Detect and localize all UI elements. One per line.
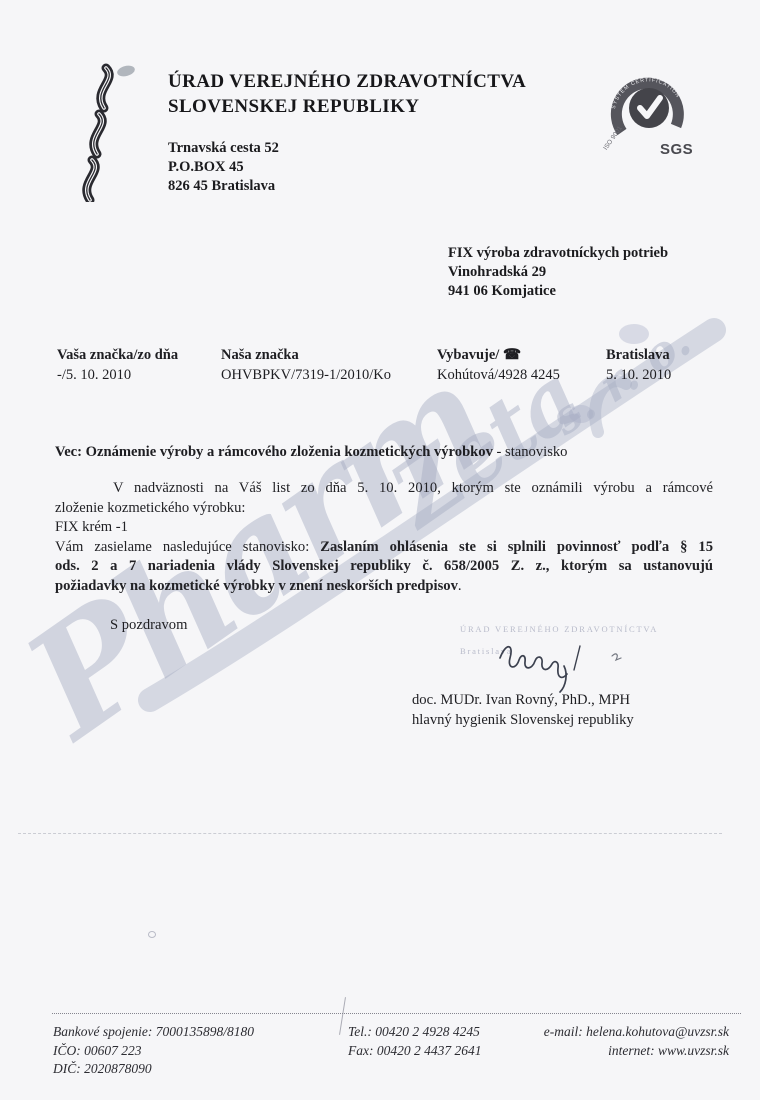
footer-tel: Tel.: 00420 2 4928 4245 — [348, 1023, 481, 1042]
recipient-line: FIX výroba zdravotníckych potrieb — [448, 244, 668, 263]
subject-bold: Vec: Oznámenie výroby a rámcového zložen… — [55, 444, 493, 460]
sgs-label: SGS — [660, 141, 693, 158]
footer-online-block: e-mail: helena.kohutova@uvzsr.sk interne… — [544, 1023, 729, 1060]
uvz-logo-icon — [76, 60, 142, 202]
ref-our-number: Naša značka OHVBPKV/7319-1/2010/Ko — [221, 347, 391, 384]
ref-your-number-value: -/5. 10. 2010 — [57, 367, 178, 384]
footer-ico: IČO: 00607 223 — [53, 1042, 254, 1061]
org-address-line: 826 45 Bratislava — [168, 177, 279, 196]
recipient-line: 941 06 Komjatice — [448, 282, 668, 301]
body-line: V nadväznosti na Váš list zo dňa 5. 10. … — [55, 479, 713, 499]
ref-date-value: 5. 10. 2010 — [606, 367, 671, 384]
ref-your-number-label: Vaša značka/zo dňa — [57, 347, 178, 364]
signature-scribble — [488, 630, 648, 694]
ref-place-date: Bratislava 5. 10. 2010 — [606, 347, 671, 384]
org-name: ÚRAD VEREJNÉHO ZDRAVOTNÍCTVA SLOVENSKEJ … — [168, 70, 526, 119]
ref-our-number-label: Naša značka — [221, 347, 391, 364]
body-line: ods. 2 a 7 nariadenia vlády Slovenskej r… — [55, 557, 713, 577]
org-name-line1: ÚRAD VEREJNÉHO ZDRAVOTNÍCTVA — [168, 70, 526, 95]
subject-line: Vec: Oznámenie výroby a rámcového zložen… — [55, 444, 567, 461]
org-name-line2: SLOVENSKEJ REPUBLIKY — [168, 95, 526, 120]
org-address-line: P.O.BOX 45 — [168, 158, 279, 177]
phone-icon: ☎ — [503, 347, 521, 363]
org-address: Trnavská cesta 52 P.O.BOX 45 826 45 Brat… — [168, 139, 279, 196]
org-address-line: Trnavská cesta 52 — [168, 139, 279, 158]
paper-crease-footer — [339, 997, 346, 1035]
recipient-address: FIX výroba zdravotníckych potrieb Vinohr… — [448, 244, 668, 301]
body-line-product: FIX krém -1 — [55, 518, 713, 538]
signatory-title: hlavný hygienik Slovenskej republiky — [412, 710, 634, 730]
ref-handled-by: Vybavuje/ ☎ Kohútová/4928 4245 — [437, 347, 560, 384]
closing-salutation: S pozdravom — [110, 617, 187, 634]
signatory-name: doc. MUDr. Ivan Rovný, PhD., MPH — [412, 690, 634, 710]
footer-bank: Bankové spojenie: 7000135898/8180 — [53, 1023, 254, 1042]
sgs-iso-text: ISO 9001 — [602, 125, 624, 152]
body-line: Vám zasielame nasledujúce stanovisko: Za… — [55, 538, 713, 558]
signatory-block: doc. MUDr. Ivan Rovný, PhD., MPH hlavný … — [412, 690, 634, 731]
ref-handled-by-label: Vybavuje/ ☎ — [437, 347, 560, 364]
paper-speck — [148, 931, 156, 938]
paper-crease — [18, 833, 722, 834]
body-line: zloženie kozmetického výrobku: — [55, 499, 713, 519]
footer-contact-block: Tel.: 00420 2 4928 4245 Fax: 00420 2 443… — [348, 1023, 481, 1060]
ref-handled-by-value: Kohútová/4928 4245 — [437, 367, 560, 384]
recipient-line: Vinohradská 29 — [448, 263, 668, 282]
body-line: požiadavky na kozmetické výrobky v znení… — [55, 577, 713, 597]
footer-bank-block: Bankové spojenie: 7000135898/8180 IČO: 0… — [53, 1023, 254, 1079]
footer-divider — [52, 1013, 741, 1014]
letter-body: V nadväznosti na Váš list zo dňa 5. 10. … — [55, 479, 713, 596]
scanned-letter-page: Pharm Zeta s. r. o. — [0, 0, 760, 1100]
footer-email: e-mail: helena.kohutova@uvzsr.sk — [544, 1023, 729, 1042]
subject-normal: - stanovisko — [493, 444, 568, 460]
sgs-certification-icon: SYSTEM CERTIFICATION ISO 9001 SGS — [600, 64, 696, 166]
ref-our-number-value: OHVBPKV/7319-1/2010/Ko — [221, 367, 391, 384]
ref-your-number: Vaša značka/zo dňa -/5. 10. 2010 — [57, 347, 178, 384]
footer-fax: Fax: 00420 2 4437 2641 — [348, 1042, 481, 1061]
footer-dic: DIČ: 2020878090 — [53, 1060, 254, 1079]
ref-place-label: Bratislava — [606, 347, 671, 364]
footer-internet: internet: www.uvzsr.sk — [544, 1042, 729, 1061]
